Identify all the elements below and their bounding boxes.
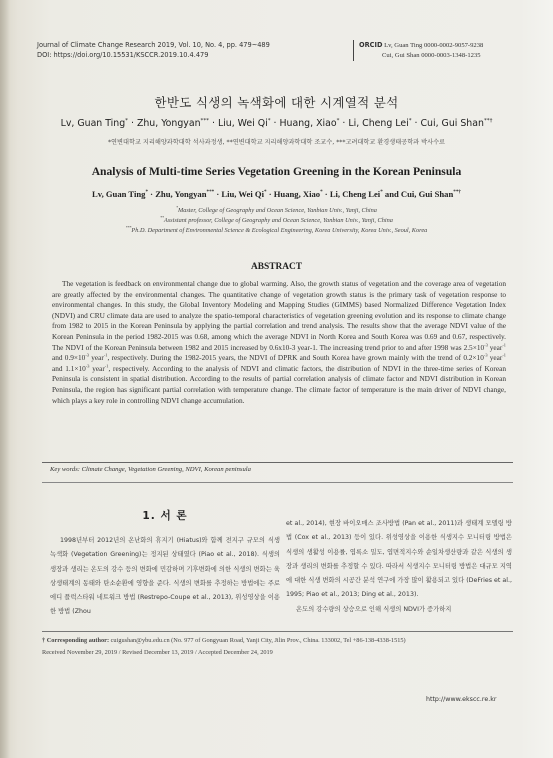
- author-mark: *: [268, 118, 271, 124]
- korean-affiliations: *연변대학교 지리해양과학대학 석사과정생, **연변대학교 지리해양과학대학 …: [0, 137, 553, 146]
- orcid-line: Cui, Gui Shan 0000-0003-1348-1235: [359, 51, 483, 61]
- author-mark: **†: [484, 118, 492, 124]
- author-mark: *: [264, 189, 267, 195]
- journal-line: Journal of Climate Change Research 2019,…: [37, 40, 270, 50]
- author-mark: ***: [201, 118, 209, 124]
- keywords-divider-bottom: [42, 482, 513, 483]
- journal-citation: Journal of Climate Change Research 2019,…: [37, 40, 270, 60]
- corresponding-author-label: † Corresponding author:: [42, 637, 109, 644]
- author-name: Li, Cheng Lei: [330, 189, 380, 199]
- author-name: Cui, Gui Shan: [401, 189, 453, 199]
- korean-title: 한반도 식생의 녹색화에 대한 시계열적 분석: [0, 93, 553, 111]
- author-mark: *: [380, 189, 383, 195]
- abstract-body: The vegetation is feedback on environmen…: [52, 279, 506, 406]
- abstract-heading: ABSTRACT: [0, 262, 553, 272]
- keywords: Key words: Climate Change, Vegetation Gr…: [50, 466, 251, 473]
- author-mark: **†: [453, 189, 461, 195]
- exponent: -1: [502, 342, 506, 347]
- section-heading-introduction: 1. 서 론: [50, 508, 280, 523]
- english-affiliations: *Master, College of Geography and Ocean …: [0, 206, 553, 236]
- author-name: Lv, Guan Ting: [92, 189, 145, 199]
- author-name: Huang, Xiao: [280, 118, 337, 129]
- affiliation-line: *Master, College of Geography and Ocean …: [0, 206, 553, 216]
- author-name: Zhu, Yongyan: [155, 189, 206, 199]
- intro-right-column: et al., 2014), 현장 바이오매스 조사방법 (Pan et al.…: [286, 517, 512, 617]
- author-name: Zhu, Yongyan: [137, 118, 201, 129]
- author-mark: *: [145, 189, 148, 195]
- author-mark: *: [125, 118, 128, 124]
- author-mark: *: [337, 118, 340, 124]
- author-name: Cui, Gui Shan: [421, 118, 484, 129]
- doi-line[interactable]: DOI: https://doi.org/10.15531/KSCCR.2019…: [37, 50, 270, 60]
- orcid-label: ORCID: [359, 41, 382, 49]
- exponent: -1: [105, 363, 109, 368]
- affiliation-line: **Assistant professor, College of Geogra…: [0, 216, 553, 226]
- journal-url[interactable]: http://www.ekscc.re.kr: [426, 696, 496, 703]
- footnote-divider: [42, 631, 513, 632]
- author-name: Liu, Wei Qi: [218, 118, 268, 129]
- intro-paragraph: et al., 2014), 현장 바이오매스 조사방법 (Pan et al.…: [286, 517, 512, 603]
- intro-left-column: 1. 서 론 1998년부터 2012년의 온난화의 휴지기 (Hiatus)와…: [50, 508, 280, 620]
- orcid-block: ORCID Lv, Guan Ting 0000-0002-9057-9238 …: [353, 40, 483, 61]
- keywords-divider-top: [42, 462, 513, 463]
- english-authors: Lv, Guan Ting* · Zhu, Yongyan*** · Liu, …: [0, 189, 553, 199]
- author-mark: *: [320, 189, 323, 195]
- author-mark: *: [409, 118, 412, 124]
- exponent: -3: [86, 363, 90, 368]
- author-name: Huang, Xiao: [274, 189, 320, 199]
- corresponding-author-info: cuigushan@ybu.edu.cn (No. 977 of Gongyua…: [109, 637, 406, 644]
- author-mark: ***: [206, 189, 214, 195]
- received-dates: Received November 29, 2019 / Revised Dec…: [42, 648, 512, 658]
- intro-paragraph: 온도의 강수량의 상승으로 인해 식생의 NDVI가 증가하지: [286, 603, 512, 617]
- exponent: -3: [85, 353, 89, 358]
- exponent: -3: [484, 342, 488, 347]
- exponent: -3: [484, 353, 488, 358]
- orcid-line: Lv, Guan Ting 0000-0002-9057-9238: [384, 42, 483, 49]
- author-name: Li, Cheng Lei: [348, 118, 408, 129]
- affiliation-mark: ***: [126, 226, 132, 230]
- intro-paragraph: 1998년부터 2012년의 온난화의 휴지기 (Hiatus)와 함께 전지구…: [50, 534, 280, 620]
- exponent: -1: [104, 353, 108, 358]
- affiliation-mark: *: [176, 206, 178, 210]
- english-title: Analysis of Multi-time Series Vegetation…: [0, 165, 553, 178]
- affiliation-line: ***Ph.D. Department of Environmental Sci…: [0, 226, 553, 236]
- korean-authors: Lv, Guan Ting* · Zhu, Yongyan*** · Liu, …: [0, 118, 553, 129]
- author-name: Liu, Wei Qi: [221, 189, 264, 199]
- paper-page: Journal of Climate Change Research 2019,…: [0, 0, 553, 758]
- exponent: -1: [502, 353, 506, 358]
- author-name: Lv, Guan Ting: [61, 118, 126, 129]
- affiliation-mark: **: [160, 216, 164, 220]
- footnote: † Corresponding author: cuigushan@ybu.ed…: [42, 636, 512, 657]
